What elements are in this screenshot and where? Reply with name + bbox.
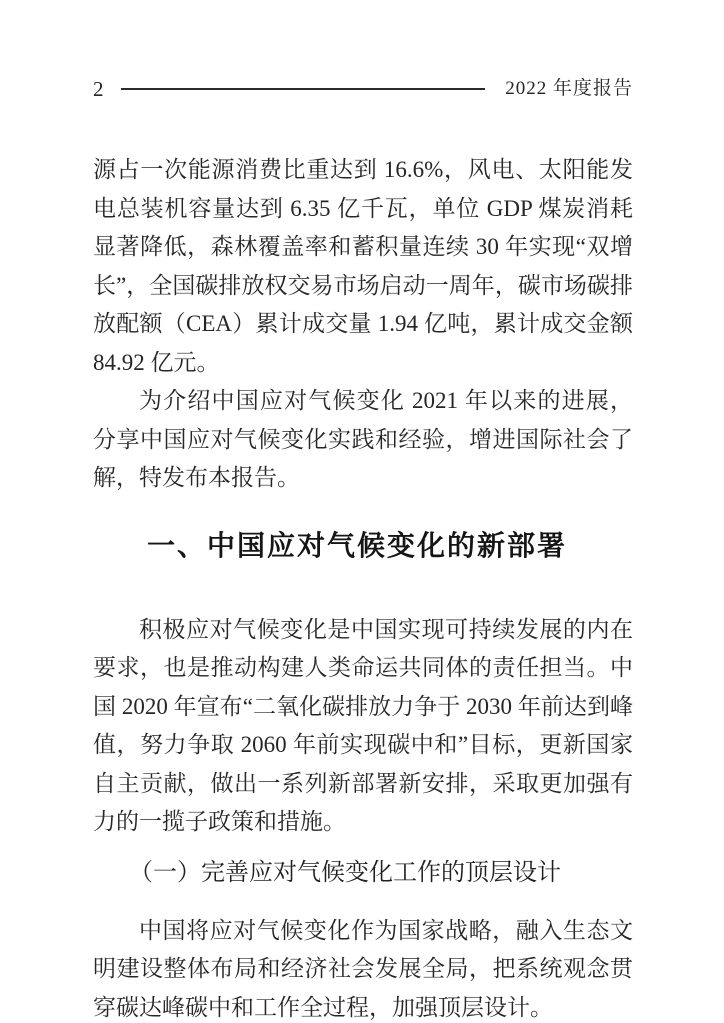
paragraph-purpose: 为介绍中国应对气候变化 2021 年以来的进展，分享中国应对气候变化实践和经验，… (93, 382, 633, 498)
section-heading: 一、中国应对气候变化的新部署 (93, 527, 633, 567)
paragraph-section-lead: 积极应对气候变化是中国实现可持续发展的内在要求，也是推动构建人类命运共同体的责任… (93, 611, 633, 842)
page-number: 2 (93, 76, 104, 102)
paragraph-continuation: 源占一次能源消费比重达到 16.6%，风电、太阳能发电总装机容量达到 6.35 … (93, 151, 633, 382)
subsection-heading: （一）完善应对气候变化工作的顶层设计 (93, 855, 633, 891)
header-rule (121, 88, 486, 90)
report-title: 2022 年度报告 (505, 76, 633, 102)
page-body: 源占一次能源消费比重达到 16.6%，风电、太阳能发电总装机容量达到 6.35 … (93, 151, 633, 1023)
paragraph-subsection-body: 中国将应对气候变化作为国家战略，融入生态文明建设整体布局和经济社会发展全局，把系… (93, 912, 633, 1023)
document-page: 2 2022 年度报告 源占一次能源消费比重达到 16.6%，风电、太阳能发电总… (0, 0, 724, 1023)
page-header: 2 2022 年度报告 (93, 76, 633, 102)
